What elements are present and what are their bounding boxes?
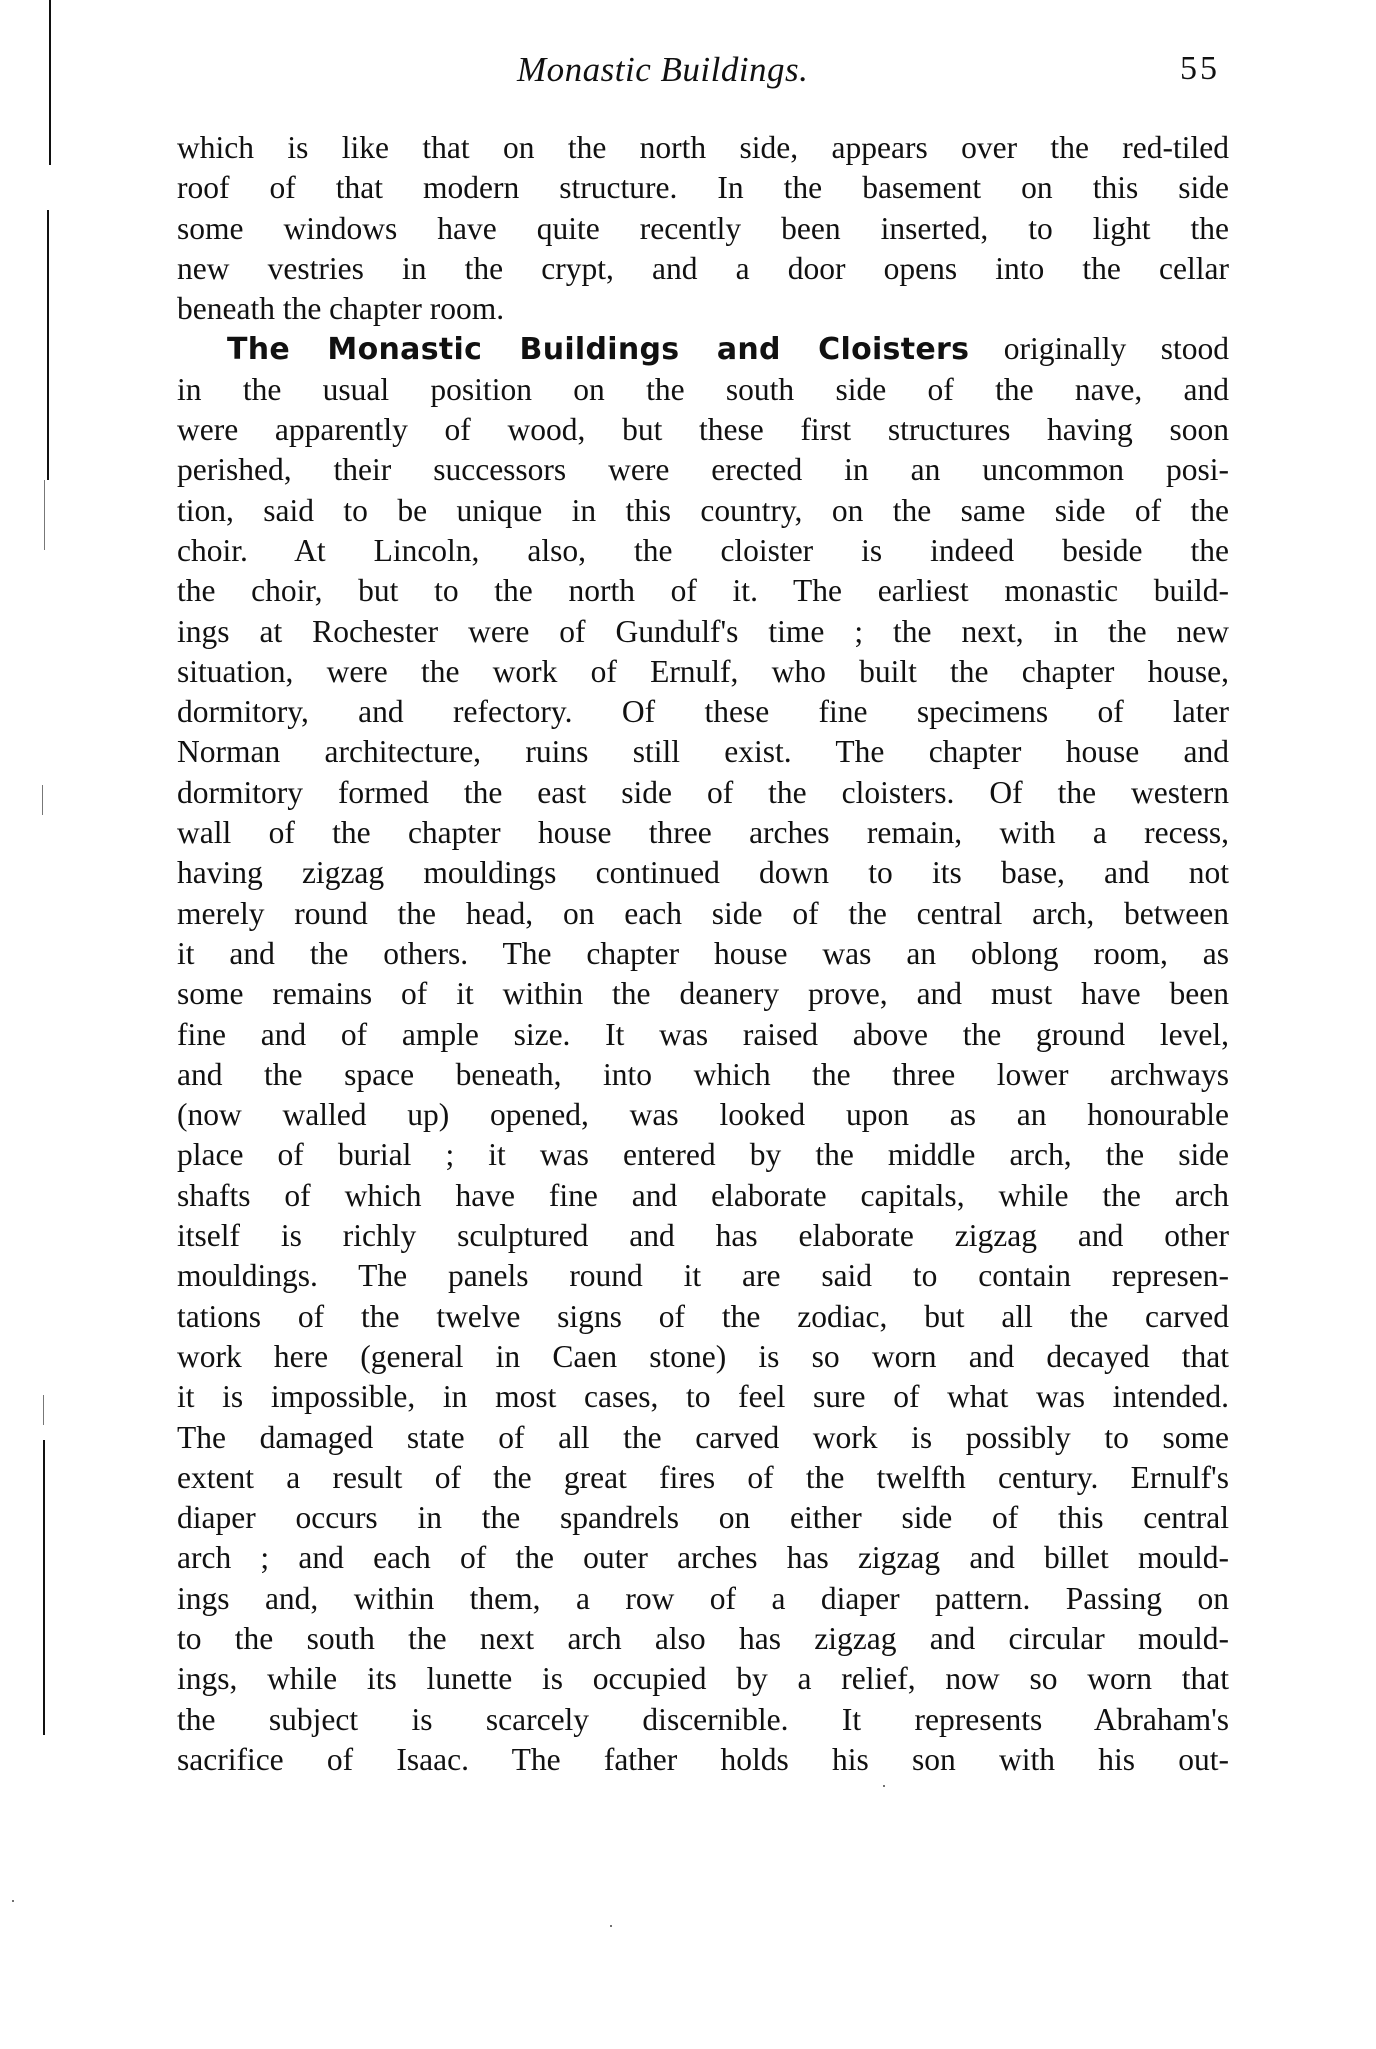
text-line: beneath the chapter room. bbox=[177, 289, 1229, 329]
running-head: Monastic Buildings. 55 bbox=[0, 50, 1376, 100]
section-heading-runin: The Monastic Buildings and Cloisters bbox=[227, 332, 969, 367]
text-line: Norman architecture, ruins still exist. … bbox=[177, 732, 1229, 772]
line-text: ings, while its lunette is occupied by a… bbox=[177, 1661, 1229, 1696]
line-text: fine and of ample size. It was raised ab… bbox=[177, 1017, 1229, 1052]
text-line: ings, while its lunette is occupied by a… bbox=[177, 1659, 1229, 1699]
text-line: fine and of ample size. It was raised ab… bbox=[177, 1015, 1229, 1055]
text-line: and the space beneath, into which the th… bbox=[177, 1055, 1229, 1095]
line-text: the choir, but to the north of it. The e… bbox=[177, 573, 1229, 608]
text-line: merely round the head, on each side of t… bbox=[177, 894, 1229, 934]
line-text: shafts of which have fine and elaborate … bbox=[177, 1178, 1229, 1213]
text-line: some windows have quite recently been in… bbox=[177, 209, 1229, 249]
line-text: (now walled up) opened, was looked upon … bbox=[177, 1097, 1229, 1132]
binding-edge-line bbox=[43, 1440, 45, 1735]
line-text: mouldings. The panels round it are said … bbox=[177, 1258, 1229, 1293]
text-line: itself is richly sculptured and has elab… bbox=[177, 1216, 1229, 1256]
line-text: beneath the chapter room. bbox=[177, 291, 504, 326]
text-line: situation, were the work of Ernulf, who … bbox=[177, 652, 1229, 692]
line-text: originally stood bbox=[969, 331, 1229, 366]
line-text: merely round the head, on each side of t… bbox=[177, 896, 1229, 931]
text-line: place of burial ; it was entered by the … bbox=[177, 1135, 1229, 1175]
text-line: extent a result of the great fires of th… bbox=[177, 1458, 1229, 1498]
line-text: ings and, within them, a row of a diaper… bbox=[177, 1581, 1229, 1616]
scan-speck bbox=[12, 1900, 14, 1902]
line-text: The damaged state of all the carved work… bbox=[177, 1420, 1229, 1455]
line-text: itself is richly sculptured and has elab… bbox=[177, 1218, 1229, 1253]
text-line: work here (general in Caen stone) is so … bbox=[177, 1337, 1229, 1377]
line-text: wall of the chapter house three arches r… bbox=[177, 815, 1229, 850]
text-line: the subject is scarcely discernible. It … bbox=[177, 1700, 1229, 1740]
book-page: Monastic Buildings. 55 which is like tha… bbox=[0, 0, 1376, 2049]
line-text: were apparently of wood, but these first… bbox=[177, 412, 1229, 447]
text-line: shafts of which have fine and elaborate … bbox=[177, 1176, 1229, 1216]
text-line: The damaged state of all the carved work… bbox=[177, 1418, 1229, 1458]
line-text: having zigzag mouldings continued down t… bbox=[177, 855, 1229, 890]
page-number: 55 bbox=[1180, 50, 1220, 88]
line-text: in the usual position on the south side … bbox=[177, 372, 1229, 407]
line-text: Norman architecture, ruins still exist. … bbox=[177, 734, 1229, 769]
line-text: tations of the twelve signs of the zodia… bbox=[177, 1299, 1229, 1334]
text-line: in the usual position on the south side … bbox=[177, 370, 1229, 410]
line-text: some windows have quite recently been in… bbox=[177, 211, 1229, 246]
text-line: it and the others. The chapter house was… bbox=[177, 934, 1229, 974]
text-line: dormitory formed the east side of the cl… bbox=[177, 773, 1229, 813]
scan-speck bbox=[610, 1925, 612, 1927]
line-text: sacrifice of Isaac. The father holds his… bbox=[177, 1742, 1229, 1777]
text-line: sacrifice of Isaac. The father holds his… bbox=[177, 1740, 1229, 1780]
text-line: ings and, within them, a row of a diaper… bbox=[177, 1579, 1229, 1619]
text-line: diaper occurs in the spandrels on either… bbox=[177, 1498, 1229, 1538]
line-text: dormitory, and refectory. Of these fine … bbox=[177, 694, 1229, 729]
line-text: tion, said to be unique in this country,… bbox=[177, 493, 1229, 528]
line-text: to the south the next arch also has zigz… bbox=[177, 1621, 1229, 1656]
scan-speck bbox=[883, 1785, 885, 1787]
line-text: choir. At Lincoln, also, the cloister is… bbox=[177, 533, 1229, 568]
text-line: arch ; and each of the outer arches has … bbox=[177, 1538, 1229, 1578]
line-text: place of burial ; it was entered by the … bbox=[177, 1137, 1229, 1172]
line-text: the subject is scarcely discernible. It … bbox=[177, 1702, 1229, 1737]
line-text: dormitory formed the east side of the cl… bbox=[177, 775, 1229, 810]
line-text: situation, were the work of Ernulf, who … bbox=[177, 654, 1229, 689]
text-line: dormitory, and refectory. Of these fine … bbox=[177, 692, 1229, 732]
text-line: were apparently of wood, but these first… bbox=[177, 410, 1229, 450]
text-line: having zigzag mouldings continued down t… bbox=[177, 853, 1229, 893]
text-line: new vestries in the crypt, and a door op… bbox=[177, 249, 1229, 289]
text-line: it is impossible, in most cases, to feel… bbox=[177, 1377, 1229, 1417]
text-line: roof of that modern structure. In the ba… bbox=[177, 168, 1229, 208]
line-text: it is impossible, in most cases, to feel… bbox=[177, 1379, 1229, 1414]
text-line: The Monastic Buildings and Cloisters ori… bbox=[177, 329, 1229, 369]
line-text: new vestries in the crypt, and a door op… bbox=[177, 251, 1229, 286]
line-text: some remains of it within the deanery pr… bbox=[177, 976, 1229, 1011]
text-line: the choir, but to the north of it. The e… bbox=[177, 571, 1229, 611]
binding-edge-line bbox=[43, 1395, 44, 1425]
line-text: perished, their successors were erected … bbox=[177, 452, 1229, 487]
text-line: some remains of it within the deanery pr… bbox=[177, 974, 1229, 1014]
line-text: roof of that modern structure. In the ba… bbox=[177, 170, 1229, 205]
running-head-title: Monastic Buildings. bbox=[517, 50, 808, 90]
text-line: perished, their successors were erected … bbox=[177, 450, 1229, 490]
text-line: choir. At Lincoln, also, the cloister is… bbox=[177, 531, 1229, 571]
line-text: which is like that on the north side, ap… bbox=[177, 130, 1229, 165]
text-line: tations of the twelve signs of the zodia… bbox=[177, 1297, 1229, 1337]
binding-edge-line bbox=[44, 480, 45, 550]
text-line: which is like that on the north side, ap… bbox=[177, 128, 1229, 168]
line-text: arch ; and each of the outer arches has … bbox=[177, 1540, 1229, 1575]
text-line: tion, said to be unique in this country,… bbox=[177, 491, 1229, 531]
text-line: mouldings. The panels round it are said … bbox=[177, 1256, 1229, 1296]
text-line: ings at Rochester were of Gundulf's time… bbox=[177, 612, 1229, 652]
line-text: diaper occurs in the spandrels on either… bbox=[177, 1500, 1229, 1535]
text-line: (now walled up) opened, was looked upon … bbox=[177, 1095, 1229, 1135]
body-text: which is like that on the north side, ap… bbox=[177, 128, 1229, 1780]
text-line: to the south the next arch also has zigz… bbox=[177, 1619, 1229, 1659]
binding-edge-line bbox=[47, 210, 49, 480]
line-text: work here (general in Caen stone) is so … bbox=[177, 1339, 1229, 1374]
line-text: it and the others. The chapter house was… bbox=[177, 936, 1229, 971]
line-text: ings at Rochester were of Gundulf's time… bbox=[177, 614, 1229, 649]
binding-edge-line bbox=[42, 785, 43, 815]
line-text: extent a result of the great fires of th… bbox=[177, 1460, 1229, 1495]
text-line: wall of the chapter house three arches r… bbox=[177, 813, 1229, 853]
line-text: and the space beneath, into which the th… bbox=[177, 1057, 1229, 1092]
